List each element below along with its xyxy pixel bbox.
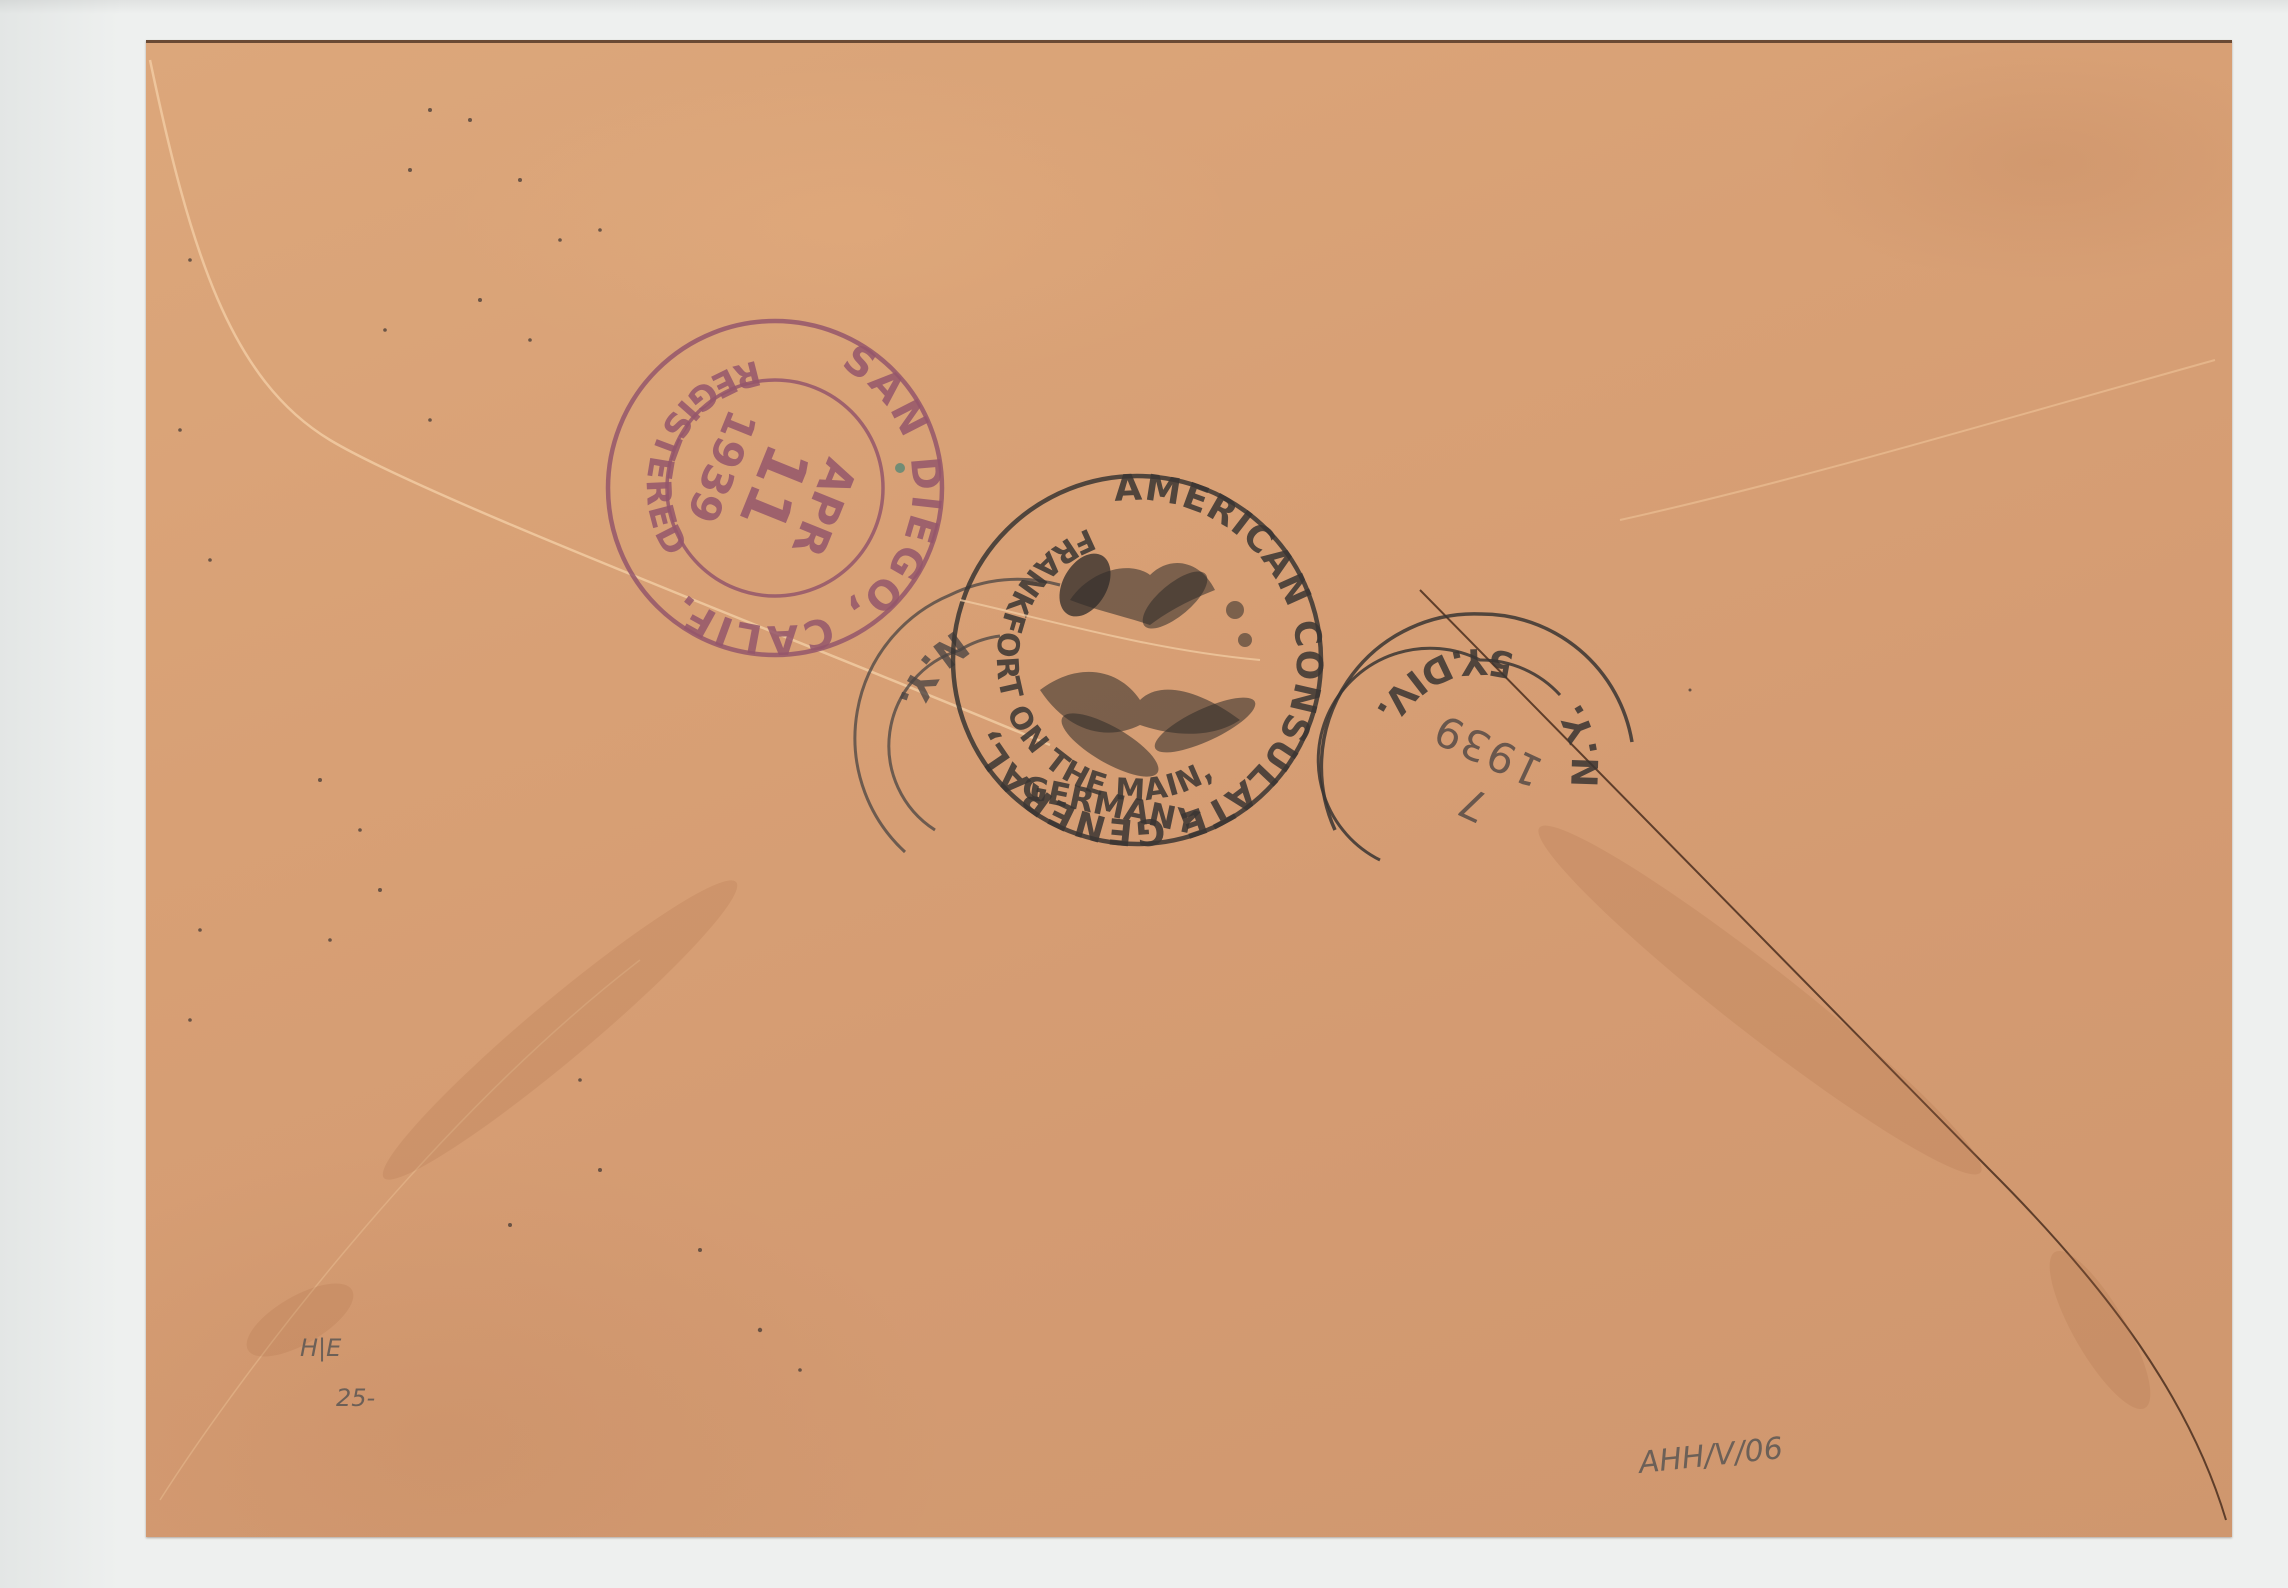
postmark-ny-right-city: N.Y. [1549, 694, 1607, 788]
postmark-ny-right-year: 1939 [1425, 704, 1550, 797]
postmark-ny-left-text: N.Y. [889, 622, 977, 716]
stain-streaks [236, 801, 2167, 1421]
flap-crease-right-light [1620, 360, 2215, 520]
pencil-note-price: 25- [336, 1384, 375, 1412]
pencil-note-reference: AHH/V/06 [1635, 1431, 1784, 1481]
ink-fleck [895, 463, 905, 473]
eagle-icon [1040, 545, 1262, 789]
pencil-note-code: H|E [300, 1334, 342, 1362]
postmark-ny-right: N.Y. 5Y.DIV. 7 1939 [1318, 614, 1632, 860]
consulate-seal: AMERICAN CONSULATE GENERAL, FRANKFORT ON… [953, 467, 1329, 852]
postmark-san-diego: SAN DIEGO, CALIF. REGISTERED APR 11 1939 [608, 321, 950, 663]
postmark-ny-right-day: 7 [1451, 776, 1496, 832]
envelope-markings: SAN DIEGO, CALIF. REGISTERED APR 11 1939… [0, 0, 2288, 1588]
svg-text:N.Y.: N.Y. [889, 622, 977, 716]
